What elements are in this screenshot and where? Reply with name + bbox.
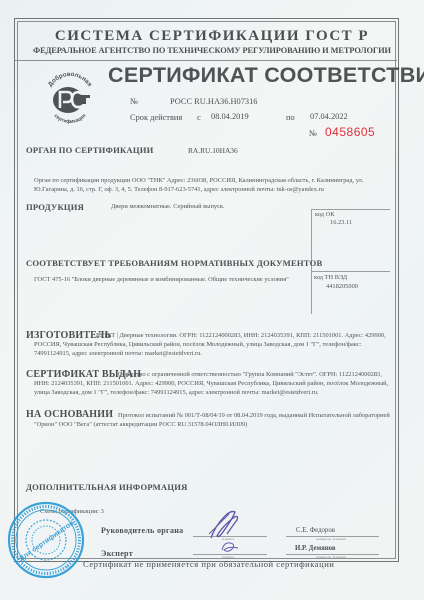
certificate-title: СЕРТИФИКАТ СООТВЕТСТВИЯ xyxy=(108,63,424,88)
valid-from-label: с xyxy=(197,113,201,122)
rst-logo: Добровольная сертификация xyxy=(40,68,100,128)
serial-label: № xyxy=(309,129,317,138)
serial-number: 0458605 xyxy=(325,125,375,139)
basis-details: Протокол испытаний № 001/Т-08/04/19 от 0… xyxy=(34,411,391,429)
expert-signature-icon xyxy=(218,540,242,554)
additional-info-label: ДОПОЛНИТЕЛЬНАЯ ИНФОРМАЦИЯ xyxy=(26,482,188,492)
ok-code-box: код ОК 16.23.11 xyxy=(311,209,390,273)
cert-body-code: RA.RU.10HA36 xyxy=(188,146,238,155)
number-label: № xyxy=(130,97,138,106)
validity-label: Срок действия xyxy=(130,113,182,122)
svg-text:*: * xyxy=(66,564,70,572)
certificate-number: РОСС RU.HA36.H07316 xyxy=(170,97,257,106)
head-name: С.Е. Федоров xyxy=(296,527,335,534)
standards-text: ГОСТ 475-16 "Блоки дверные деревянные и … xyxy=(34,275,294,284)
head-signature-icon xyxy=(205,508,245,542)
footer-note: Сертификат не применяется при обязательн… xyxy=(83,559,334,569)
company-stamp-icon: Для сертификатов * xyxy=(6,500,86,580)
tnved-code-box: код ТН ВЭД 4418205000 xyxy=(311,271,390,314)
expert-label: Эксперт xyxy=(101,549,133,558)
manufacturer-details: ESTET | Дверные технологии. ОГРН: 112212… xyxy=(34,331,391,358)
standards-label: СООТВЕТСТВУЕТ ТРЕБОВАНИЯМ НОРМАТИВНЫХ ДО… xyxy=(26,258,322,268)
product-label: ПРОДУКЦИЯ xyxy=(26,202,84,212)
rst-mark-icon: Добровольная сертификация xyxy=(40,68,100,128)
agency-name: ФЕДЕРАЛЬНОЕ АГЕНТСТВО ПО ТЕХНИЧЕСКОМУ РЕ… xyxy=(0,46,424,55)
valid-to-label: по xyxy=(286,113,295,122)
system-title: СИСТЕМА СЕРТИФИКАЦИИ ГОСТ Р xyxy=(0,28,424,45)
head-name-hint: инициалы, фамилия xyxy=(316,537,346,541)
cert-body-details: Орган по сертификации продукции ООО "ТНК… xyxy=(34,176,389,194)
issued-to-details: Общество с ограниченной ответственностью… xyxy=(34,370,391,397)
svg-text:Добровольная: Добровольная xyxy=(47,71,94,88)
expert-name: И.Р. Демянов xyxy=(295,545,336,552)
valid-from-date: 08.04.2019 xyxy=(211,112,249,121)
tnved-code-value: 4418205000 xyxy=(326,283,358,290)
ok-code-value: 16.23.11 xyxy=(330,219,352,226)
valid-to-date: 07.04.2022 xyxy=(310,112,348,121)
svg-text:сертификация: сертификация xyxy=(53,113,88,125)
ok-code-label: код ОК xyxy=(315,211,335,218)
product-description: Двери межкомнатные. Серийный выпуск. xyxy=(111,203,225,210)
tnved-code-label: код ТН ВЭД xyxy=(314,274,347,281)
cert-body-label: ОРГАН ПО СЕРТИФИКАЦИИ xyxy=(26,145,154,155)
header-divider xyxy=(15,60,397,61)
head-of-body-label: Руководитель органа xyxy=(101,526,183,535)
